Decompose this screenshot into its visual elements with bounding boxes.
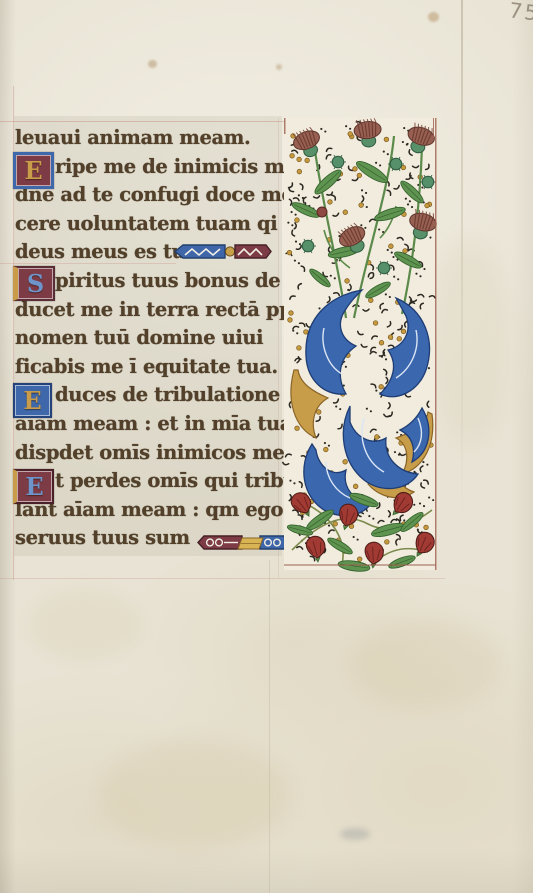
- manuscript-page: 75 leuaui animam meam. ripe me de inimic…: [0, 0, 533, 893]
- parchment-stain: [148, 60, 157, 68]
- manuscript-line-10: duces de tribulatione: [15, 381, 278, 410]
- red-rosette-bud: [317, 207, 327, 217]
- illuminated-initial-E-educes: E: [13, 383, 52, 418]
- manuscript-line-13: t perdes omīs qui tribu: [15, 467, 278, 496]
- initial-letter: E: [24, 159, 42, 183]
- vertical-crease: [461, 0, 463, 520]
- manuscript-line-9: ficabis me ī equitate tua.: [15, 353, 278, 382]
- parchment-stain: [340, 828, 370, 840]
- manuscript-line-3: dñe ad te confugi doce me fa: [15, 181, 278, 210]
- line-filler-rings: [196, 533, 288, 552]
- initial-letter: E: [25, 475, 43, 499]
- illuminated-border: [284, 118, 437, 570]
- manuscript-line-2: ripe me de inimicis mei: [15, 153, 278, 182]
- folio-number: 75: [508, 0, 533, 26]
- text-block: leuaui animam meam. ripe me de inimicis …: [15, 124, 278, 553]
- parchment-stain: [100, 740, 290, 850]
- initial-letter: S: [27, 272, 44, 296]
- initial-letter: E: [23, 389, 41, 413]
- illuminated-initial-E-et: E: [13, 469, 54, 504]
- parchment-stain: [428, 12, 439, 22]
- illuminated-initial-E-eripe: E: [13, 152, 54, 189]
- ruling-line: [0, 578, 445, 579]
- manuscript-line-14: lant aīam meam : qm ego: [15, 496, 278, 525]
- line-filler-chevron: [173, 243, 273, 260]
- manuscript-line-12: dispdet omīs inimicos meos: [15, 439, 278, 468]
- parchment-stain: [30, 590, 140, 660]
- parchment-stain: [430, 240, 510, 440]
- manuscript-line-4: cere uoluntatem tuam qi: [15, 210, 278, 239]
- manuscript-line-1: leuaui animam meam.: [15, 124, 278, 153]
- parchment-stain: [276, 64, 282, 70]
- manuscript-line-8: nomen tuū domine uiui: [15, 324, 278, 353]
- vertical-crease: [269, 560, 270, 893]
- manuscript-line-11: aīam meam : et in mīa tua: [15, 410, 278, 439]
- ruling-line: [0, 121, 284, 122]
- illuminated-initial-S-spiritus: S: [13, 266, 55, 301]
- parchment-stain: [350, 620, 500, 710]
